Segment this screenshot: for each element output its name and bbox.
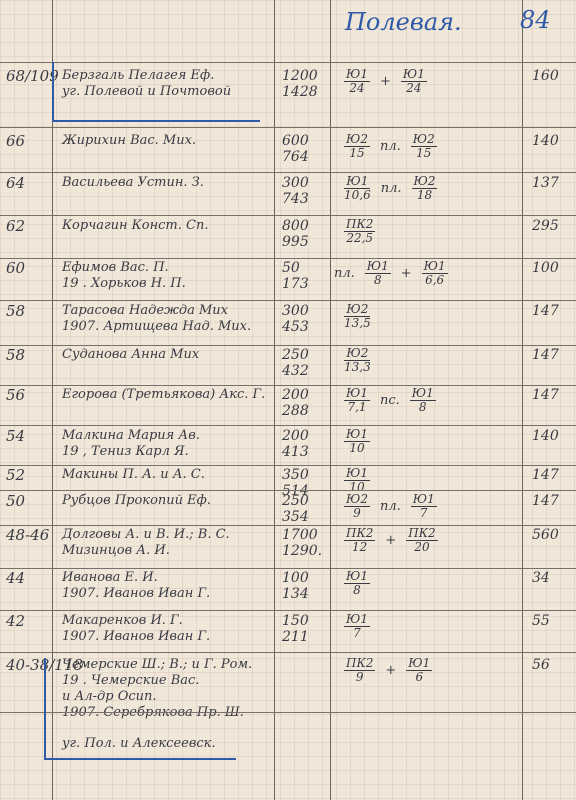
house-number: 56: [6, 387, 25, 403]
row-rule: [0, 127, 576, 128]
structure-codes: Ю110: [334, 428, 370, 455]
total-value: 295: [532, 218, 559, 234]
owner-names: Макаренков И. Г.1907. Иванов Иван Г.: [62, 613, 210, 645]
column-rule-2: [274, 0, 275, 800]
total-value: 137: [532, 175, 559, 191]
structure-codes: ПК29+Ю16: [334, 657, 432, 684]
owner-names: Иванова Е. И.1907. Иванов Иван Г.: [62, 570, 210, 602]
total-value: 55: [532, 613, 550, 629]
structure-codes: пл.Ю18+Ю16,6: [334, 260, 448, 287]
area-values: 50173: [282, 260, 309, 292]
owner-names: Долговы А. и В. И.; В. С.Мизинцов А. И.: [62, 527, 230, 559]
area-values: 600764: [282, 133, 309, 165]
house-number: 54: [6, 428, 25, 444]
total-value: 147: [532, 303, 559, 319]
total-value: 147: [532, 467, 559, 483]
street-title: Полевая.: [345, 8, 462, 36]
house-number: 58: [6, 303, 25, 319]
area-values: 100134: [282, 570, 309, 602]
area-values: 250432: [282, 347, 309, 379]
house-number: 58: [6, 347, 25, 363]
row-rule: [0, 215, 576, 216]
structure-codes: ПК222,5: [334, 218, 375, 245]
row-rule: [0, 172, 576, 173]
total-value: 140: [532, 428, 559, 444]
area-values: 200288: [282, 387, 309, 419]
structure-codes: Ю110,6пл.Ю218: [334, 175, 437, 202]
row-rule: [0, 258, 576, 259]
house-number: 50: [6, 493, 25, 509]
owner-names: Жирихин Вас. Мих.: [62, 133, 196, 149]
row-rule: [0, 300, 576, 301]
total-value: 56: [532, 657, 550, 673]
area-values: 300743: [282, 175, 309, 207]
owner-names: Тарасова Надежда Мих1907. Артищева Над. …: [62, 303, 251, 335]
row-rule: [0, 425, 576, 426]
owner-names: Рубцов Прокопий Еф.: [62, 493, 211, 509]
area-values: 12001428: [282, 68, 318, 100]
area-values: 800995: [282, 218, 309, 250]
house-number: 68/109: [6, 68, 59, 84]
structure-codes: Ю29пл.Ю17: [334, 493, 437, 520]
row-rule: [0, 568, 576, 569]
structure-codes: ПК212+ПК220: [334, 527, 438, 554]
structure-codes: Ю17,1пс.Ю18: [334, 387, 436, 414]
structure-codes: Ю213,3: [334, 347, 371, 374]
house-number: 52: [6, 467, 25, 483]
structure-codes: Ю18: [334, 570, 370, 597]
owner-names: Васильева Устин. З.: [62, 175, 204, 191]
house-number: 64: [6, 175, 25, 191]
total-value: 160: [532, 68, 559, 84]
row-rule: [0, 652, 576, 653]
area-values: 200413: [282, 428, 309, 460]
total-value: 140: [532, 133, 559, 149]
house-number: 48-46: [6, 527, 49, 543]
house-number: 66: [6, 133, 25, 149]
area-values: 150211: [282, 613, 309, 645]
house-number: 42: [6, 613, 25, 629]
owner-names: Корчагин Конст. Сп.: [62, 218, 208, 234]
total-value: 147: [532, 493, 559, 509]
structure-codes: Ю17: [334, 613, 370, 640]
footer-note: уг. Пол. и Алексеевск.: [62, 736, 216, 751]
row-rule: [0, 465, 576, 466]
row-rule: [0, 385, 576, 386]
area-values: 17001290.: [282, 527, 322, 559]
house-number: 62: [6, 218, 25, 234]
total-value: 560: [532, 527, 559, 543]
corner-bracket-top: [52, 62, 260, 122]
column-rule-3: [330, 0, 331, 800]
owner-names: Малкина Мария Ав.19 , Тениз Карл Я.: [62, 428, 200, 460]
structure-codes: Ю124+Ю124: [334, 68, 427, 95]
owner-names: Макины П. А. и А. С.: [62, 467, 205, 483]
page-number: 84: [520, 6, 551, 34]
owner-names: Егорова (Третьякова) Акс. Г.: [62, 387, 265, 403]
total-value: 147: [532, 387, 559, 403]
row-rule: [0, 525, 576, 526]
owner-names: Ефимов Вас. П.19 . Хорьков Н. П.: [62, 260, 186, 292]
house-number: 60: [6, 260, 25, 276]
area-values: 250354: [282, 493, 309, 525]
row-rule: [0, 345, 576, 346]
column-rule-4: [522, 0, 523, 800]
total-value: 34: [532, 570, 550, 586]
total-value: 100: [532, 260, 559, 276]
total-value: 147: [532, 347, 559, 363]
area-values: 300453: [282, 303, 309, 335]
structure-codes: Ю213,5: [334, 303, 371, 330]
structure-codes: Ю215пл.Ю215: [334, 133, 437, 160]
house-number: 44: [6, 570, 25, 586]
row-rule: [0, 610, 576, 611]
row-rule: [0, 490, 576, 491]
owner-names: Суданова Анна Мих: [62, 347, 199, 363]
